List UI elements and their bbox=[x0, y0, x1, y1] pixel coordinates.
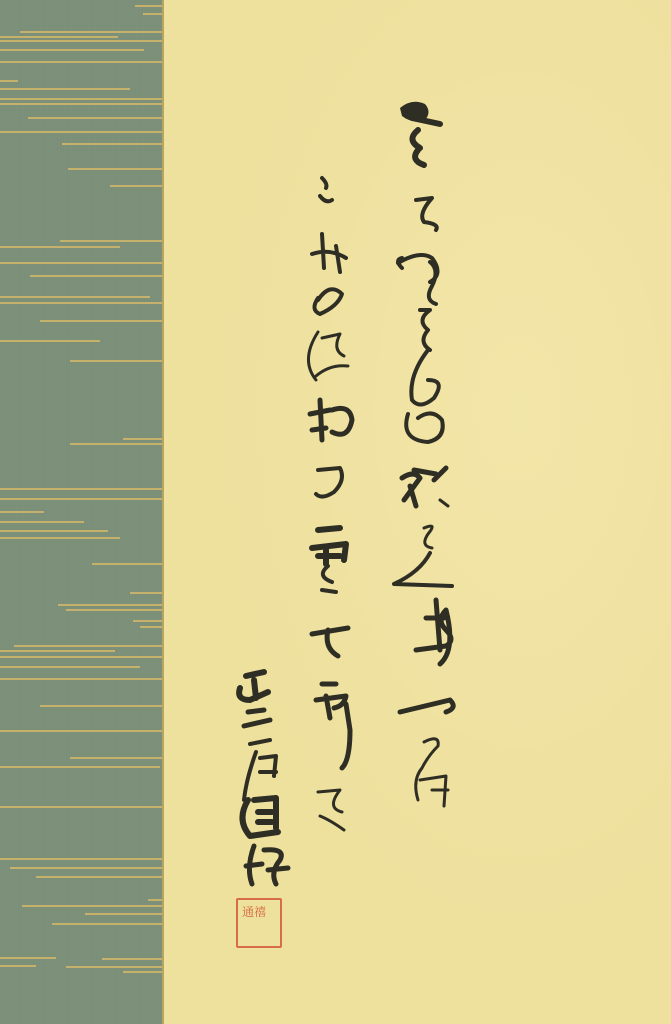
signature bbox=[239, 672, 288, 884]
seal-character: 通禧 bbox=[242, 906, 266, 918]
calligraphy-ink bbox=[0, 0, 671, 1024]
red-seal-stamp: 通禧 bbox=[236, 898, 282, 948]
calligraphy-column-1 bbox=[394, 102, 453, 806]
calligraphy-column-2 bbox=[308, 178, 352, 830]
